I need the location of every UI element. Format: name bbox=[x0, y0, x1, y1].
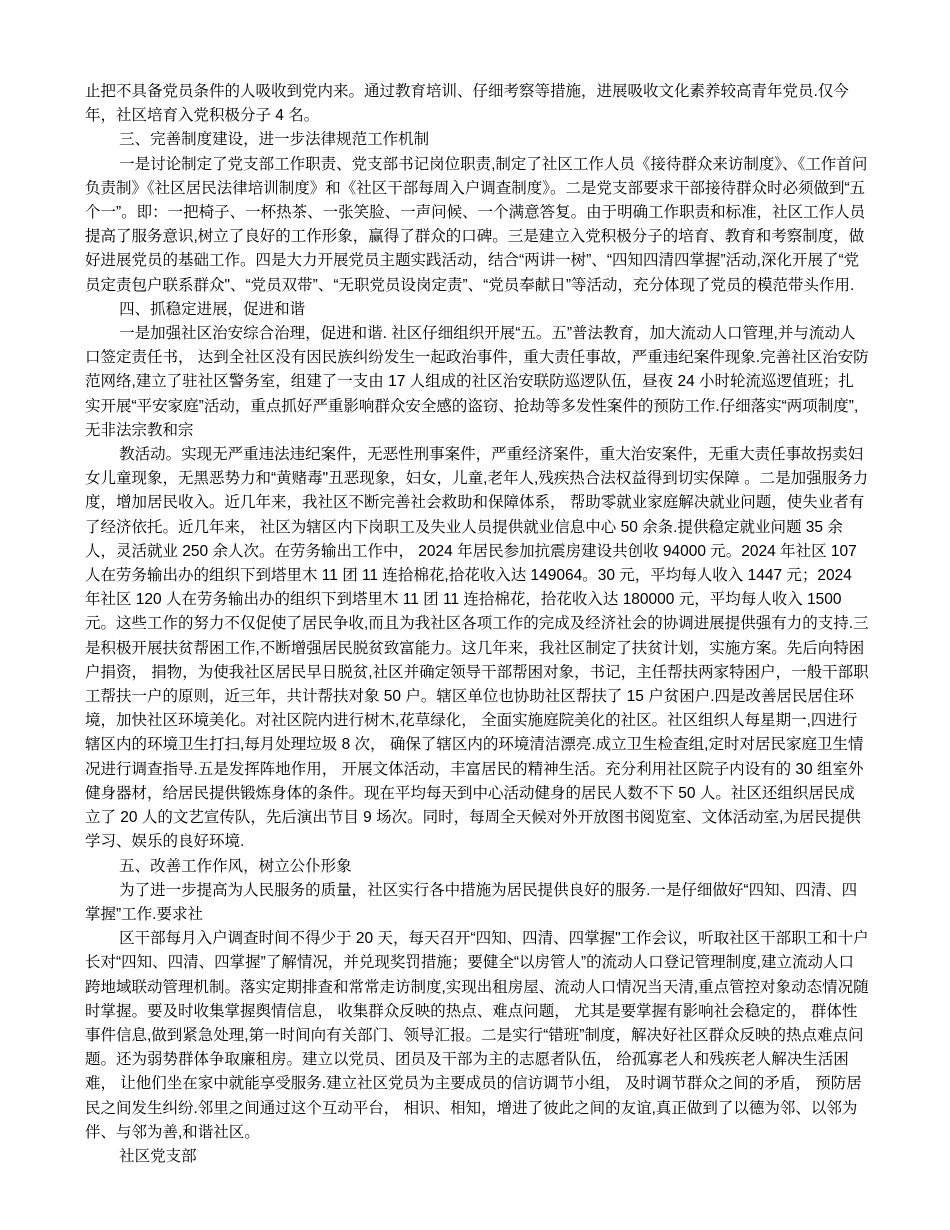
body-paragraph: 止把不具备党员条件的人吸收到党内来。通过教育培训、仔细考察等措施，进展吸收文化素… bbox=[85, 80, 869, 128]
body-paragraph: 教活动。实现无严重违法违纪案件，无恶性刑事案件，严重经济案件，重大治安案件，无重… bbox=[85, 443, 869, 854]
signature: 社区党支部 bbox=[85, 1145, 869, 1169]
section-heading: 四、抓稳定进展，促进和谐 bbox=[85, 298, 869, 322]
section-heading: 五、改善工作作风，树立公仆形象 bbox=[85, 855, 869, 879]
body-paragraph: 为了进一步提高为人民服务的质量，社区实行各中措施为居民提供良好的服务.一是仔细做… bbox=[85, 879, 869, 927]
document-page: 止把不具备党员条件的人吸收到党内来。通过教育培训、仔细考察等措施，进展吸收文化素… bbox=[0, 0, 950, 1230]
body-paragraph: 区干部每月入户调查时间不得少于 20 天，每天召开“四知、四清、四掌握"工作会议… bbox=[85, 927, 869, 1145]
body-paragraph: 一是讨论制定了党支部工作职责、党支部书记岗位职责,制定了社区工作人员《接待群众来… bbox=[85, 153, 869, 298]
body-paragraph: 一是加强社区治安综合治理，促进和谐. 社区仔细组织开展“五。五”普法教育，加大流… bbox=[85, 322, 869, 443]
section-heading: 三、完善制度建设，进一步法律规范工作机制 bbox=[85, 128, 869, 152]
document-body: 止把不具备党员条件的人吸收到党内来。通过教育培训、仔细考察等措施，进展吸收文化素… bbox=[85, 80, 869, 1169]
